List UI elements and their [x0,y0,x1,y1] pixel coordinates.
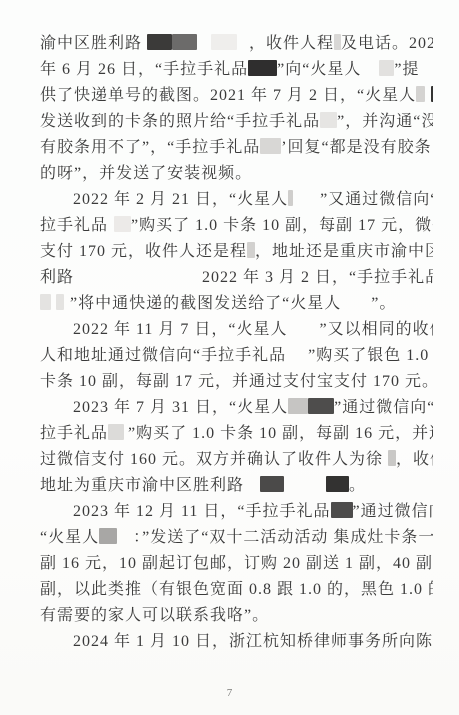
text-line: 副 16 元，10 副起订包邮，订购 20 副送 1 副，40 副送 2 [40,551,433,577]
text-line: 人和地址通过微信向“手拉手礼品”购买了银色 1.0 [40,343,433,369]
text-line: 供了快递单号的截图。2021 年 7 月 2 日，“火星人” [40,83,433,109]
text-segment: 年 6 月 26 日，“手拉手礼品 [40,61,248,78]
text-segment: ”，并沟通“没 [337,113,433,130]
text-segment: 。 [349,477,366,494]
text-segment: ”购买了银色 1.0 [308,347,429,364]
text-line: 拉手礼品”购买了 1.0 卡条 10 副，每副 17 元，微信 [40,213,433,239]
text-segment: ：”发送了“双十二活动活动 集成灶卡条一 [133,529,433,546]
text-segment: 2023 年 12 月 11 日，“手拉手礼品 [73,503,331,520]
text-segment: ”。 [371,295,396,312]
redaction-box [388,450,396,466]
redaction-box [320,112,337,128]
text-segment: 过微信支付 160 元。双方并确认了收件人为徐 [40,451,383,468]
text-segment: “火星人 [40,529,99,546]
text-segment: 拉手礼品 [40,425,108,442]
text-segment: 渝中区胜利路 [40,35,147,52]
text-segment: 2022 年 11 月 7 日，“火星人 [73,321,288,338]
text-line: 年 6 月 26 日，“手拉手礼品”向“火星人”提 [40,57,433,83]
blank-gap [117,541,133,542]
redaction-box [326,476,349,492]
text-segment: 的呀”，并发送了安装视频。 [40,165,252,182]
redaction-box [334,34,341,50]
text-segment: ，收件人程 [249,35,334,52]
document-lines: 渝中区胜利路 ，收件人程及电话。2021年 6 月 26 日，“手拉手礼品”向“… [0,0,459,655]
redaction-box [56,294,64,310]
redaction-box [308,398,334,414]
text-segment: ’回复“都是没有胶条 [281,139,431,156]
text-line: 地址为重庆市渝中区胜利路。 [40,473,433,499]
text-line: 2022 年 11 月 7 日，“火星人”又以相同的收件 [40,317,433,343]
text-segment: 副 16 元，10 副起订包邮，订购 20 副送 1 副，40 副送 2 [40,555,433,572]
text-segment: 供了快递单号的截图。2021 年 7 月 2 日，“火星人 [40,87,416,104]
redaction-box [114,216,131,232]
text-line: ”将中通快递的截图发送给了“火星人”。 [40,291,433,317]
text-line: 2024 年 1 月 10 日，浙江杭知桥律师事务所向陈永念 [40,629,433,655]
redaction-box [172,34,197,50]
text-segment: 2024 年 1 月 10 日，浙江杭知桥律师事务所向陈永念 [73,633,433,650]
text-line: 卡条 10 副，每副 17 元，并通过支付宝支付 170 元。 [40,369,433,395]
text-segment: 副，以此类推（有银色宽面 0.8 跟 1.0 的，黑色 1.0 的） [40,581,433,598]
blank-gap [237,47,249,48]
text-segment: 拉手礼品 [40,217,108,234]
text-line: 副，以此类推（有银色宽面 0.8 跟 1.0 的，黑色 1.0 的） [40,577,433,603]
text-segment: ”通过微信向 [353,503,433,520]
text-line: 渝中区胜利路 ，收件人程及电话。2021 [40,31,433,57]
text-segment: 人和地址通过微信向“手拉手礼品 [40,347,286,364]
text-segment: ，收件 [396,451,433,468]
text-line: 利路2022 年 3 月 2 日，“手拉手礼品 [40,265,433,291]
text-segment: ”通过微信向“手 [334,399,433,416]
text-line: 2023 年 12 月 11 日，“手拉手礼品”通过微信向 [40,499,433,525]
redaction-box [40,294,51,310]
text-line: 有需要的家人可以联系我咯”。 [40,603,433,629]
redaction-box [331,502,353,518]
text-line: 2023 年 7 月 31 日，“火星人”通过微信向“手 [40,395,433,421]
blank-gap [244,489,260,490]
text-segment: 地址为重庆市渝中区胜利路 [40,477,244,494]
text-segment: ”购买了 1.0 卡条 10 副，每副 17 元，微信 [131,217,433,234]
text-line: 发送收到的卡条的照片给“手拉手礼品”，并沟通“没 [40,109,433,135]
redaction-box [260,138,281,154]
text-line: 有胶条用不了”，“手拉手礼品’回复“都是没有胶条 [40,135,433,161]
text-segment: ”又以相同的收件 [320,321,433,338]
text-line: 过微信支付 160 元。双方并确认了收件人为徐，收件 [40,447,433,473]
text-line: 的呀”，并发送了安装视频。 [40,161,433,187]
redaction-box [99,528,117,544]
text-segment: 有胶条用不了”，“手拉手礼品 [40,139,260,156]
text-segment: 2023 年 7 月 31 日，“火星人 [73,399,288,416]
text-segment: 2022 年 2 月 21 日，“火星人 [73,191,288,208]
redaction-box [108,424,124,440]
blank-gap [293,203,320,204]
document-page: 渝中区胜利路 ，收件人程及电话。2021年 6 月 26 日，“手拉手礼品”向“… [0,0,459,715]
redaction-box [248,60,277,76]
blank-gap [361,73,379,74]
text-line: 支付 170 元，收件人还是程，地址还是重庆市渝中区胜 [40,239,433,265]
blank-gap [284,489,326,490]
text-segment: ”向“火星人 [277,61,361,78]
text-segment: ”购买了 1.0 卡条 10 副，每副 16 元，并通 [128,425,433,442]
redaction-box [247,242,255,258]
text-segment: 支付 170 元，收件人还是程 [40,243,247,260]
redaction-box [379,60,394,76]
redaction-box [211,34,237,50]
text-segment: ”又通过微信向“手 [320,191,433,208]
redaction-box [431,86,433,102]
page-number: 7 [0,687,459,699]
text-segment: ”提 [394,61,419,78]
redaction-box [288,398,308,414]
text-line: 拉手礼品”购买了 1.0 卡条 10 副，每副 16 元，并通 [40,421,433,447]
redaction-box [147,34,172,50]
redaction-box [416,86,425,102]
text-segment: 卡条 10 副，每副 17 元，并通过支付宝支付 170 元。 [40,373,433,390]
text-segment: 利路 [40,269,74,286]
text-line: 2022 年 2 月 21 日，“火星人”又通过微信向“手 [40,187,433,213]
blank-gap [341,307,371,308]
text-segment: 有需要的家人可以联系我咯”。 [40,607,269,624]
blank-gap [74,281,202,282]
blank-gap [286,359,308,360]
text-segment: 2022 年 3 月 2 日，“手拉手礼品 [202,269,433,286]
text-segment: 及电话。2021 [341,35,433,52]
text-line: “火星人：”发送了“双十二活动活动 集成灶卡条一 [40,525,433,551]
text-segment: ”将中通快递的截图发送给了“火星人 [70,295,341,312]
redaction-box [260,476,284,492]
text-segment: ，地址还是重庆市渝中区胜 [255,243,433,260]
blank-gap [197,47,211,48]
text-segment: 发送收到的卡条的照片给“手拉手礼品 [40,113,320,130]
blank-gap [288,333,320,334]
